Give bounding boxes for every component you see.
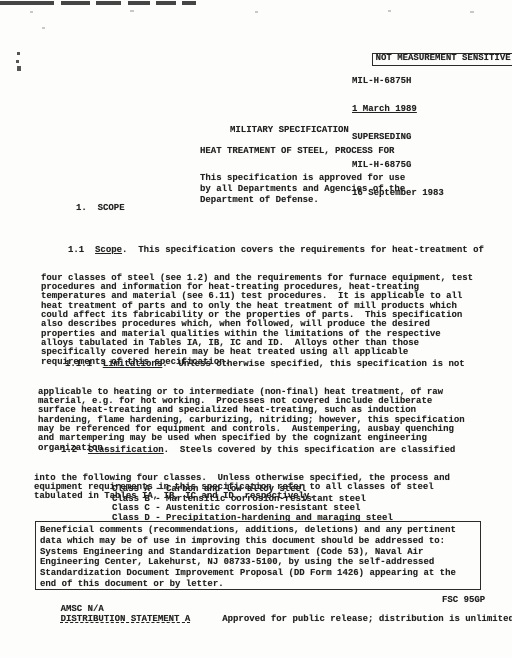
paragraph-text: . This specification covers the requirem… [122,245,484,255]
scan-artifact-mark [0,1,54,5]
class-list: Class A - Carbon and low alloy steel Cla… [112,485,393,523]
paragraph-heading: Limitations [103,359,162,369]
superseding-label: SUPERSEDING [352,133,512,142]
paragraph-text: . Steels covered by this specification a… [164,445,456,455]
spec-subject-title: HEAT TREATMENT OF STEEL, PROCESS FOR [200,147,394,156]
superseded-doc-number: MIL-H-6875G [352,161,512,170]
distribution-statement-text: Approved for public release; distributio… [222,614,512,624]
scan-artifact-mark [61,1,90,5]
paragraph-1-1-1-first-line: 1.1.1 Limitations. Unless otherwise spec… [38,360,465,369]
spec-type-title: MILITARY SPECIFICATION [230,126,349,135]
scan-speck [255,11,258,13]
paragraph-1-2-first-line: 1.2 Classification. Steels covered by th… [34,446,455,455]
scan-artifact-mark [96,1,121,5]
scan-speck [42,27,45,29]
fsc-code: FSC 95GP [442,596,485,605]
paragraph-number: 1.2 [34,445,88,455]
distribution-statement-label: DISTRIBUTION STATEMENT A [61,614,191,624]
scan-artifact-mark [156,1,176,5]
section-heading-scope: 1. SCOPE [76,204,125,213]
paragraph-heading: Classification [88,445,164,455]
notice-text: NOT MEASUREMENT SENSITIVE [376,53,511,63]
scan-speck [470,11,474,13]
not-measurement-sensitive-box: NOT MEASUREMENT SENSITIVE [372,53,512,65]
paragraph-heading: Scope [95,245,122,255]
footer-distribution-line: DISTRIBUTION STATEMENT AApproved for pub… [39,606,512,634]
scan-artifact-mark [128,1,150,5]
scanned-document-page: NOT MEASUREMENT SENSITIVE MIL-H-6875H 1 … [0,0,512,658]
approval-statement: This specification is approved for use b… [200,173,405,207]
scan-speck [130,10,134,12]
scan-speck [17,52,20,55]
comment-box-text: Beneficial comments (recommendations, ad… [40,525,480,590]
doc-date: 1 March 1989 [352,104,417,114]
paragraph-number: 1.1.1 [38,359,103,369]
paragraph-number: 1.1 [41,245,95,255]
scan-speck [30,11,33,13]
paragraph-text: . Unless otherwise specified, this speci… [162,359,464,369]
scan-artifact-mark [182,1,196,5]
scan-speck [16,60,19,63]
paragraph-1-1-first-line: 1.1 Scope. This specification covers the… [41,246,484,255]
doc-number: MIL-H-6875H [352,77,512,86]
scan-speck [388,10,391,12]
comment-box: Beneficial comments (recommendations, ad… [35,521,481,590]
scan-speck [17,66,21,71]
